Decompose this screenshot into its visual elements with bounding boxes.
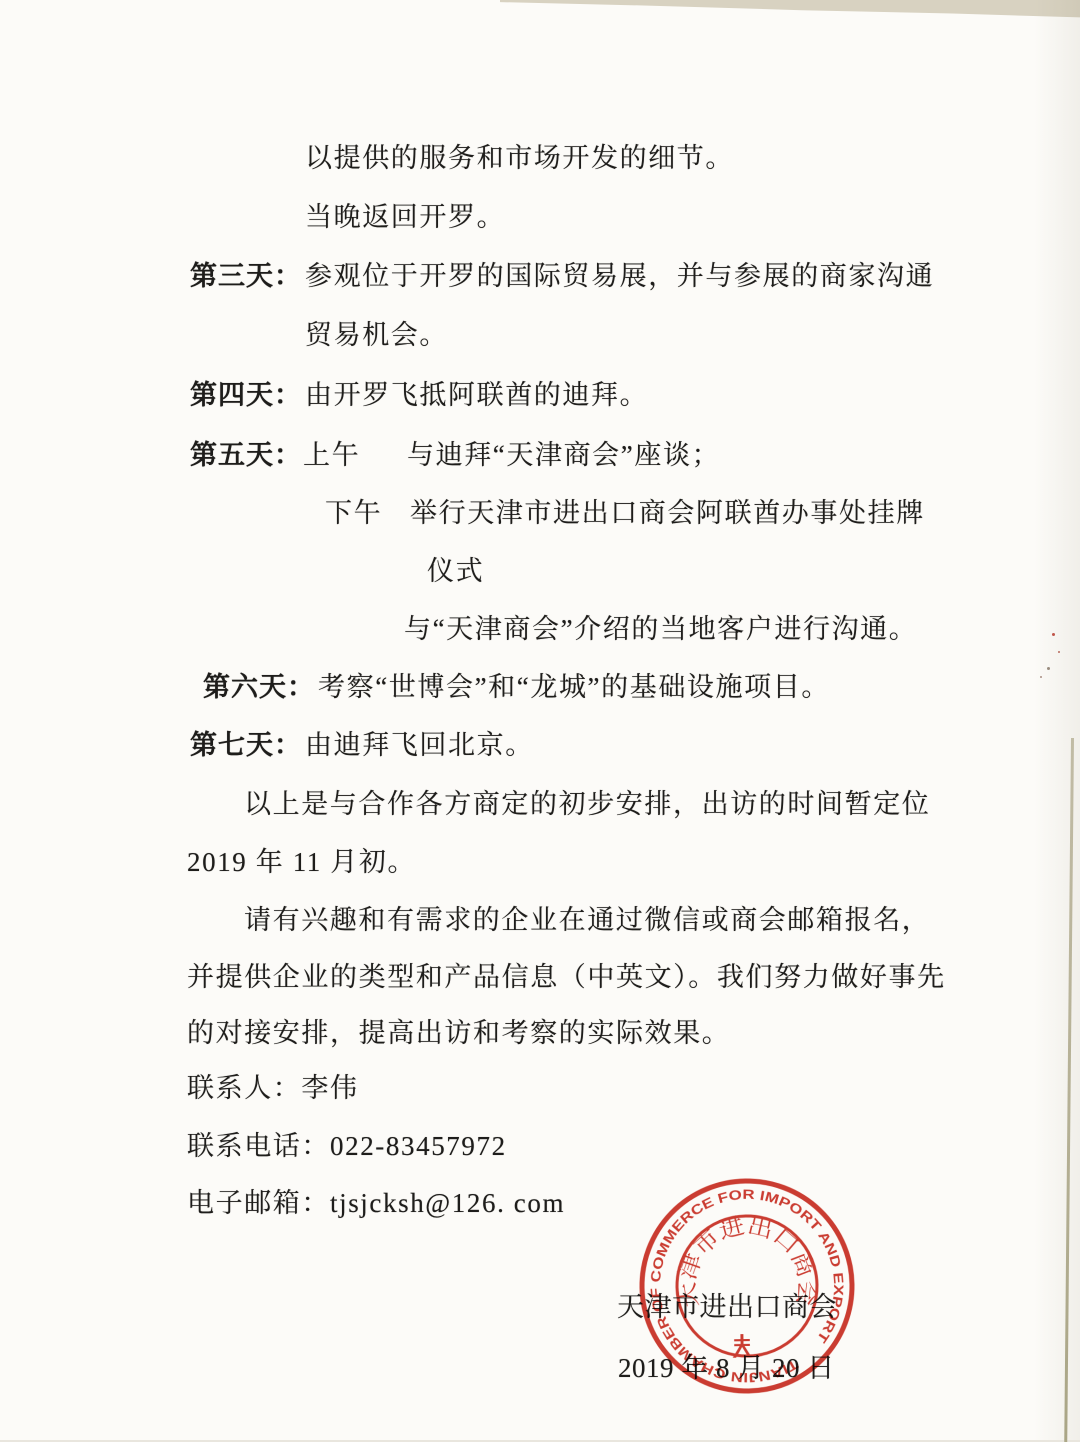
day5-label: 第五天： <box>190 442 302 469</box>
day5-evening-text: 与“天津商会”介绍的当地客户进行沟通。 <box>404 616 917 643</box>
day6-text: 考察“世博会”和“龙城”的基础设施项目。 <box>318 674 830 701</box>
signup-line-3: 的对接安排，提高出访和考察的实际效果。 <box>187 1020 730 1047</box>
day3-label: 第三天： <box>190 263 302 290</box>
scan-edge-top-band <box>500 0 1080 30</box>
doc-line-2: 当晚返回开罗。 <box>305 204 505 231</box>
stamp-org-arc-text: 天津市进出口商会 <box>673 1212 821 1310</box>
red-speckle <box>1058 651 1060 653</box>
right-margin-shade <box>1034 0 1080 1440</box>
day3-text-cont: 贸易机会。 <box>305 322 448 349</box>
day5-morning-label: 上午 <box>303 442 360 469</box>
signup-line-1: 请有兴趣和有需求的企业在通过微信或商会邮箱报名， <box>244 907 930 934</box>
stamp-center-mark: ¥ <box>732 1326 753 1364</box>
red-speckle <box>1040 676 1042 678</box>
signup-line-2: 并提供企业的类型和产品信息（中英文）。我们努力做好事先 <box>187 964 946 991</box>
doc-line-1: 以提供的服务和市场开发的细节。 <box>305 145 734 172</box>
day5-afternoon-label: 下午 <box>325 500 382 527</box>
day5-afternoon-text: 举行天津市进出口商会阿联酋办事处挂牌 <box>410 500 925 527</box>
contact-person-line: 联系人：李伟 <box>187 1075 359 1102</box>
day7-text: 由迪拜飞回北京。 <box>305 732 534 759</box>
summary-line-2: 2019 年 11 月初。 <box>187 849 416 876</box>
day4-label: 第四天： <box>190 382 302 409</box>
day5-afternoon-cont: 仪式 <box>427 558 484 585</box>
day3-text: 参观位于开罗的国际贸易展，并与参展的商家沟通 <box>305 263 934 290</box>
day7-label: 第七天： <box>190 732 302 759</box>
day6-label: 第六天： <box>203 674 315 701</box>
contact-phone-line: 联系电话：022-83457972 <box>187 1133 507 1160</box>
day4-text: 由开罗飞抵阿联酋的迪拜。 <box>305 382 648 409</box>
official-seal-stamp: TIANJIN CHAMBER OF COMMERCE FOR IMPORT A… <box>632 1171 862 1401</box>
contact-email-line: 电子邮箱：tjsjcksh@126. com <box>187 1190 565 1217</box>
red-speckle <box>1052 633 1055 636</box>
scanned-document-page: 以提供的服务和市场开发的细节。 当晚返回开罗。 第三天： 参观位于开罗的国际贸易… <box>0 0 1080 1440</box>
red-speckle <box>1047 667 1050 670</box>
summary-line-1: 以上是与合作各方商定的初步安排，出访的时间暂定位 <box>244 791 930 818</box>
day5-morning-text: 与迪拜“天津商会”座谈； <box>407 442 720 469</box>
